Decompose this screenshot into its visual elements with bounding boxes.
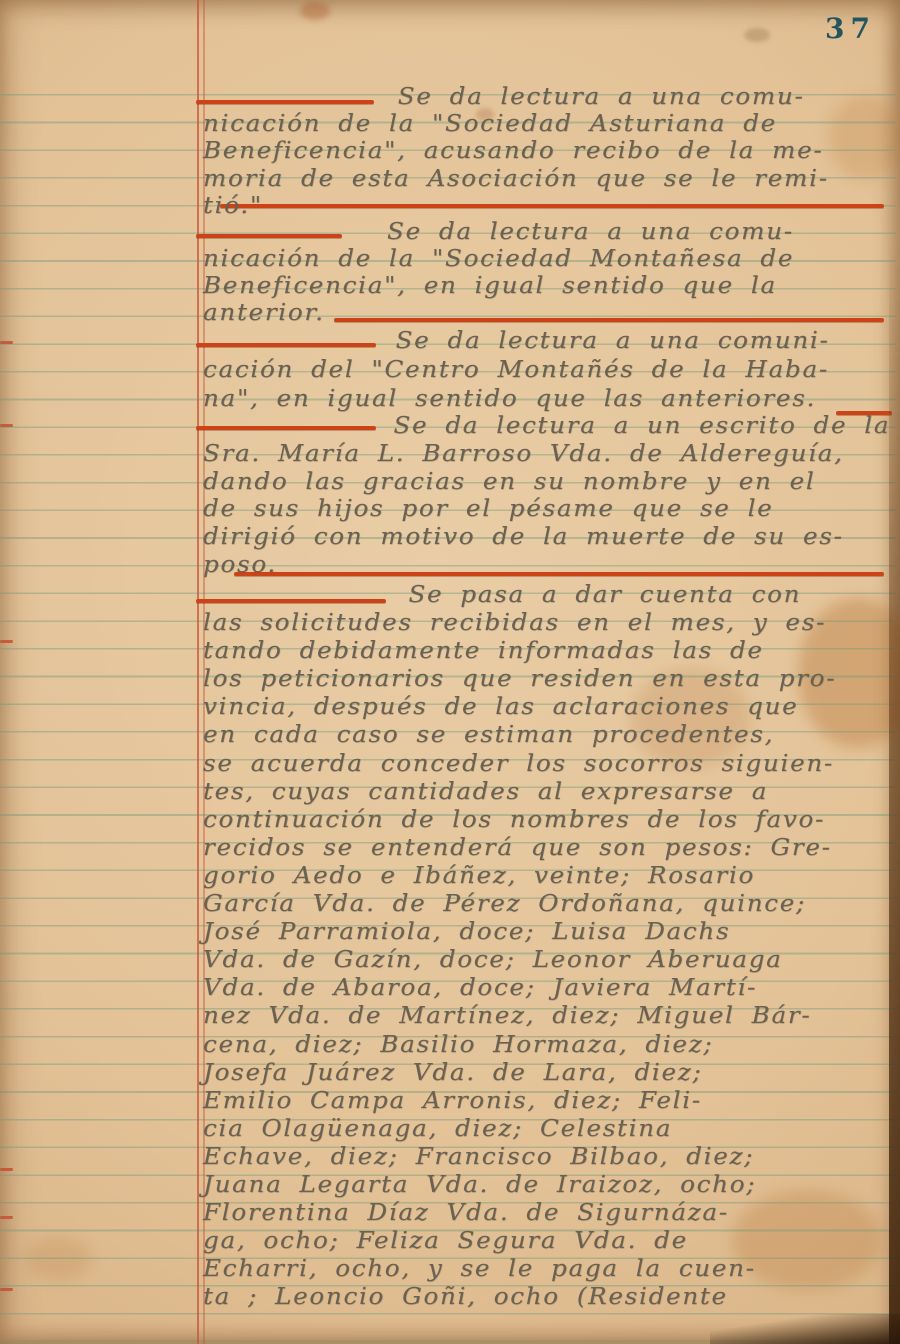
handwritten-line: Echarri, ocho, y se le paga la cuen- xyxy=(203,1255,900,1283)
handwritten-line: Se pasa a dar cuenta con xyxy=(203,581,900,609)
handwritten-line: Beneficencia", en igual sentido que la xyxy=(203,273,900,300)
handwritten-line: poso. xyxy=(203,552,900,580)
handwritten-line: Echave, diez; Francisco Bilbao, diez; xyxy=(203,1143,900,1171)
red-bleed-mark xyxy=(0,1168,13,1171)
red-bleed-mark xyxy=(0,640,13,643)
paragraph-socorros: Se pasa a dar cuenta conlas solicitudes … xyxy=(203,581,900,1311)
handwritten-line: Sra. María L. Barroso Vda. de Aldereguía… xyxy=(203,441,900,469)
handwritten-line: de sus hijos por el pésame que se le xyxy=(203,496,900,524)
handwritten-line: dando las gracias en su nombre y en el xyxy=(203,469,900,497)
handwritten-line: tes, cuyas cantidades al expresarse a xyxy=(203,778,900,806)
handwritten-line: tió." xyxy=(203,193,900,220)
handwritten-line: José Parramiola, doce; Luisa Dachs xyxy=(203,918,900,946)
handwritten-line: Se da lectura a un escrito de la xyxy=(203,413,900,441)
handwritten-line: Juana Legarta Vda. de Iraizoz, ocho; xyxy=(203,1171,900,1199)
paragraph-sociedad-montanesa: Se da lectura a una comu-nicación de la … xyxy=(203,219,900,327)
handwritten-line: nez Vda. de Martínez, diez; Miguel Bár- xyxy=(203,1002,900,1030)
paragraph-escrito-barroso: Se da lectura a un escrito de laSra. Mar… xyxy=(203,413,900,580)
handwritten-line: cena, diez; Basilio Hormaza, diez; xyxy=(203,1031,900,1059)
red-margin-line xyxy=(197,0,199,1344)
handwritten-line: en cada caso se estiman procedentes, xyxy=(203,721,900,749)
handwritten-line: las solicitudes recibidas en el mes, y e… xyxy=(203,609,900,637)
book-page-edge xyxy=(889,240,900,1344)
handwritten-line: Josefa Juárez Vda. de Lara, diez; xyxy=(203,1059,900,1087)
handwritten-line: gorio Aedo e Ibáñez, veinte; Rosario xyxy=(203,862,900,890)
handwritten-line: Se da lectura a una comu- xyxy=(203,219,900,246)
paragraph-centro-montanes: Se da lectura a una comuni-cación del "C… xyxy=(203,327,900,414)
notebook-page: 37 Se da lectura a una comu-nicación de … xyxy=(0,0,900,1344)
handwritten-line: se acuerda conceder los socorros siguien… xyxy=(203,750,900,778)
handwritten-line: cia Olagüenaga, diez; Celestina xyxy=(203,1115,900,1143)
red-bleed-mark xyxy=(0,1288,13,1291)
handwritten-line: anterior. xyxy=(203,300,900,327)
handwritten-line: vincia, después de las aclaraciones que xyxy=(203,693,900,721)
handwritten-line: tando debidamente informadas las de xyxy=(203,637,900,665)
handwritten-line: ga, ocho; Feliza Segura Vda. de xyxy=(203,1227,900,1255)
red-bleed-mark xyxy=(0,341,13,344)
paper-stain xyxy=(300,2,330,20)
handwritten-line: Se da lectura a una comu- xyxy=(203,84,900,111)
handwritten-line: Beneficencia", acusando recibo de la me- xyxy=(203,138,900,165)
book-corner-shadow xyxy=(710,1314,900,1344)
handwritten-line: cación del "Centro Montañés de la Haba- xyxy=(203,356,900,385)
handwritten-line: nicación de la "Sociedad Asturiana de xyxy=(203,111,900,138)
handwritten-line: Emilio Campa Arronis, diez; Feli- xyxy=(203,1087,900,1115)
handwritten-line: dirigió con motivo de la muerte de su es… xyxy=(203,524,900,552)
handwritten-line: recidos se entenderá que son pesos: Gre- xyxy=(203,834,900,862)
handwritten-line: na", en igual sentido que las anteriores… xyxy=(203,385,900,414)
handwritten-line: García Vda. de Pérez Ordoñana, quince; xyxy=(203,890,900,918)
handwritten-line: Vda. de Gazín, doce; Leonor Aberuaga xyxy=(203,946,900,974)
handwritten-line: los peticionarios que residen en esta pr… xyxy=(203,665,900,693)
page-number: 37 xyxy=(825,12,876,45)
handwritten-line: nicación de la "Sociedad Montañesa de xyxy=(203,246,900,273)
handwritten-line: ta ; Leoncio Goñi, ocho (Residente xyxy=(203,1283,900,1311)
paragraph-sociedad-asturiana: Se da lectura a una comu-nicación de la … xyxy=(203,84,900,220)
handwritten-line: continuación de los nombres de los favo- xyxy=(203,806,900,834)
handwritten-line: Se da lectura a una comuni- xyxy=(203,327,900,356)
red-bleed-mark xyxy=(0,424,13,427)
handwritten-line: moria de esta Asociación que se le remi- xyxy=(203,166,900,193)
handwritten-line: Vda. de Abaroa, doce; Javiera Martí- xyxy=(203,974,900,1002)
paper-stain xyxy=(744,28,770,42)
handwritten-line: Florentina Díaz Vda. de Sigurnáza- xyxy=(203,1199,900,1227)
red-bleed-mark xyxy=(0,1216,13,1219)
